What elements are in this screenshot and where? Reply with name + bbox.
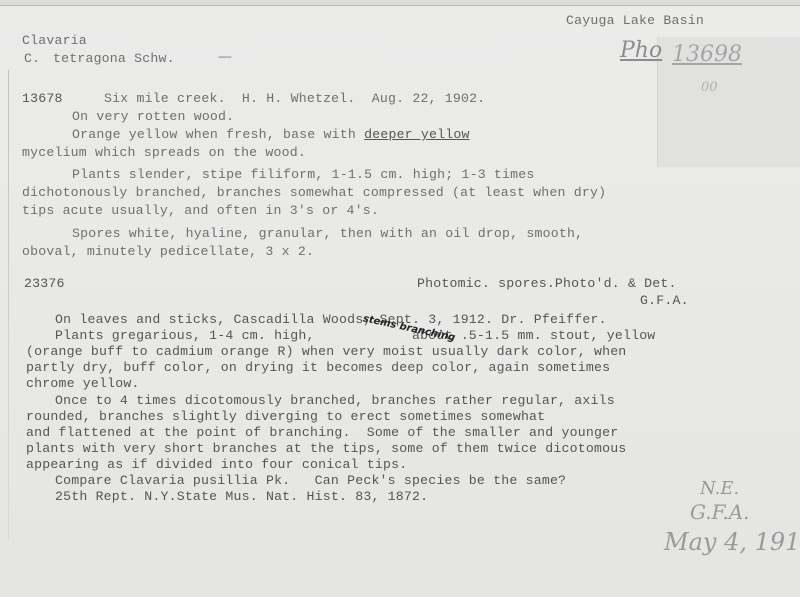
- entry1-number: 13678: [22, 91, 63, 106]
- entry2-number: 23376: [24, 276, 65, 291]
- entry1-line: On very rotten wood.: [72, 109, 234, 124]
- left-margin-rule: [8, 70, 9, 540]
- entry2-line: 25th Rept. N.Y.State Mus. Nat. Hist. 83,…: [55, 489, 428, 504]
- entry2-line: plants with very short branches at the t…: [26, 441, 626, 456]
- entry2-determiner: G.F.A.: [640, 293, 689, 308]
- annotation-date: May 4, 1918: [664, 528, 800, 556]
- entry2-line: and flattened at the point of branching.…: [26, 425, 618, 440]
- photo-number: 13698: [672, 42, 742, 67]
- entry1-line: oboval, minutely pedicellate, 3 x 2.: [22, 244, 314, 259]
- photo-mark: Pho: [620, 38, 662, 63]
- entry2-photo-note: Photomic. spores.Photo'd. & Det.: [417, 276, 677, 291]
- entry1-line: Spores white, hyaline, granular, then wi…: [72, 226, 583, 241]
- entry1-line-text: Orange yellow when fresh, base with: [72, 127, 364, 142]
- entry2-line: partly dry, buff color, on drying it bec…: [26, 360, 610, 375]
- entry1-line: mycelium which spreads on the wood.: [22, 145, 306, 160]
- entry2-line: Once to 4 times dicotomously branched, b…: [55, 393, 615, 408]
- entry2-line: On leaves and sticks, Cascadilla Woods, …: [55, 312, 607, 327]
- region-label: Cayuga Lake Basin: [566, 13, 704, 28]
- entry2-line: (orange buff to cadmium orange R) when v…: [26, 344, 626, 359]
- annotation-signer: G.F.A.: [690, 500, 750, 524]
- entry2-line: rounded, branches slightly diverging to …: [26, 409, 545, 424]
- entry2-line: appearing as if divided into four conica…: [26, 457, 407, 472]
- handwritten-mark: —: [218, 49, 232, 65]
- entry1-line: Six mile creek. H. H. Whetzel. Aug. 22, …: [104, 91, 485, 106]
- herbarium-card: Cayuga Lake Basin Clavaria C. tetragona …: [0, 0, 800, 597]
- entry2-line: Plants gregarious, 1-4 cm. high, about .…: [55, 328, 655, 343]
- card-top-edge: [0, 0, 800, 6]
- photo-sub: 00: [701, 80, 718, 95]
- entry1-line: tips acute usually, and often in 3's or …: [22, 203, 379, 218]
- species-prefix: C.: [24, 51, 40, 66]
- entry1-line: Plants slender, stipe filiform, 1-1.5 cm…: [72, 167, 535, 182]
- entry2-line: chrome yellow.: [26, 376, 140, 391]
- underlined-phrase: deeper yellow: [364, 127, 469, 142]
- entry1-line: Orange yellow when fresh, base with deep…: [72, 127, 470, 142]
- species-label: tetragona Schw.: [53, 51, 175, 66]
- annotation-initials: N.E.: [700, 478, 739, 499]
- entry1-line: dichotonously branched, branches somewha…: [22, 185, 606, 200]
- genus-label: Clavaria: [22, 33, 87, 48]
- entry2-line: Compare Clavaria pusillia Pk. Can Peck's…: [55, 473, 566, 488]
